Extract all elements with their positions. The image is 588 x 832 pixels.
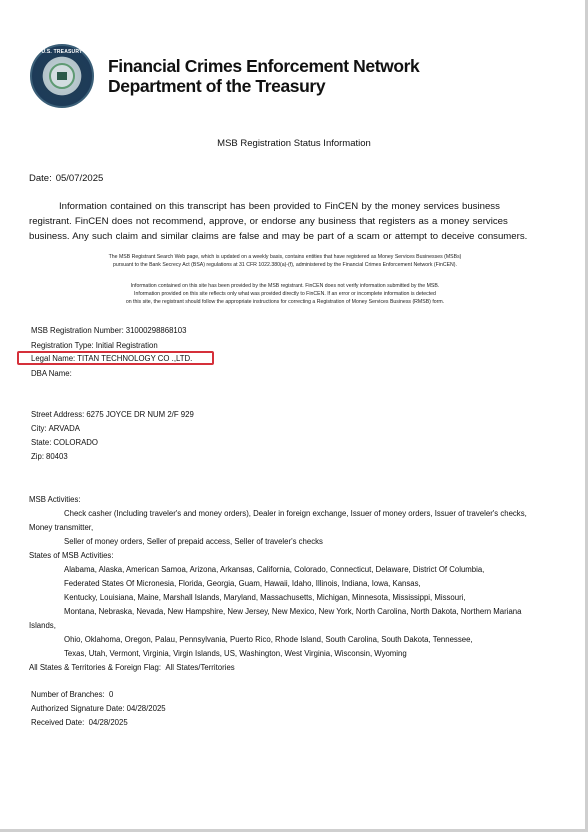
registration-number-label: MSB Registration Number:	[31, 326, 124, 335]
branches-label: Number of Branches:	[31, 690, 105, 699]
legal-name-label: Legal Name:	[31, 354, 75, 363]
states-line6: Ohio, Oklahoma, Oregon, Palau, Pennsylva…	[64, 635, 473, 645]
city: City:ARVADA	[31, 424, 80, 434]
street-address: Street Address:6275 JOYCE DR NUM 2/F 929	[31, 410, 194, 420]
number-of-branches: Number of Branches: 0	[31, 690, 113, 700]
signature-date-value: 04/28/2025	[127, 704, 166, 713]
legal-name: Legal Name:TITAN TECHNOLOGY CO .,LTD.	[31, 354, 192, 364]
legal-name-value: TITAN TECHNOLOGY CO .,LTD.	[77, 354, 192, 363]
state-label: State:	[31, 438, 51, 447]
date-label: Date:	[29, 173, 52, 184]
notice2-line3: on this site, the registrant should foll…	[40, 298, 530, 306]
received-date: Received Date: 04/28/2025	[31, 718, 128, 728]
seal-pillars-icon	[57, 72, 67, 80]
states-line4: Montana, Nebraska, Nevada, New Hampshire…	[64, 607, 521, 617]
zip: Zip:80403	[31, 452, 68, 462]
notice2-line1: Information contained on this site has b…	[40, 282, 530, 290]
branches-value: 0	[109, 690, 113, 699]
seal-top-text: U.S. TREASURY	[32, 49, 92, 55]
received-date-value: 04/28/2025	[89, 718, 128, 727]
disclaimer-paragraph: Information contained on this transcript…	[29, 199, 539, 244]
date-value: 05/07/2025	[56, 173, 104, 184]
registration-type: Registration Type:Initial Registration	[31, 341, 158, 351]
document-title: MSB Registration Status Information	[0, 138, 588, 149]
seal-eagle-icon	[49, 63, 75, 89]
msb-activities-line2: Money transmitter,	[29, 523, 93, 533]
state-value: COLORADO	[53, 438, 98, 447]
notice2-line2: Information provided on this site reflec…	[40, 290, 530, 298]
org-name: Financial Crimes Enforcement Network	[108, 56, 419, 76]
states-line2: Federated States Of Micronesia, Florida,…	[64, 579, 421, 589]
signature-date-label: Authorized Signature Date:	[31, 704, 125, 713]
street-address-label: Street Address:	[31, 410, 84, 419]
states-line3: Kentucky, Louisiana, Maine, Marshall Isl…	[64, 593, 466, 603]
treasury-seal-icon: U.S. TREASURY	[30, 44, 94, 108]
msb-activities-line1: Check casher (Including traveler's and m…	[64, 509, 527, 519]
verification-notice: Information contained on this site has b…	[40, 282, 530, 306]
registration-number-value: 31000298868103	[126, 326, 187, 335]
dba-name-label: DBA Name:	[31, 369, 72, 378]
all-states-flag-label: All States & Territories & Foreign Flag:	[29, 663, 161, 672]
msb-activities-line3: Seller of money orders, Seller of prepai…	[64, 537, 323, 547]
all-states-flag: All States & Territories & Foreign Flag:…	[29, 663, 235, 673]
document-date: Date:05/07/2025	[29, 173, 103, 184]
state: State:COLORADO	[31, 438, 98, 448]
zip-value: 80403	[46, 452, 68, 461]
department-name: Department of the Treasury	[108, 76, 419, 96]
city-label: City:	[31, 424, 47, 433]
states-label: States of MSB Activities:	[29, 551, 114, 561]
city-value: ARVADA	[49, 424, 80, 433]
letterhead-titles: Financial Crimes Enforcement Network Dep…	[108, 56, 419, 96]
registration-type-value: Initial Registration	[96, 341, 158, 350]
states-line5: Islands,	[29, 621, 56, 631]
msb-activities-label: MSB Activities:	[29, 495, 81, 505]
authorized-signature-date: Authorized Signature Date:04/28/2025	[31, 704, 166, 714]
states-line1: Alabama, Alaska, American Samoa, Arizona…	[64, 565, 484, 575]
zip-label: Zip:	[31, 452, 44, 461]
all-states-flag-value: All States/Territories	[165, 663, 234, 672]
registration-number: MSB Registration Number:31000298868103	[31, 326, 186, 336]
registration-type-label: Registration Type:	[31, 341, 94, 350]
letterhead: U.S. TREASURY Financial Crimes Enforceme…	[30, 38, 419, 114]
notice1-line2: pursuant to the Bank Secrecy Act (BSA) r…	[30, 261, 540, 269]
registrant-search-notice: The MSB Registrant Search Web page, whic…	[30, 253, 540, 269]
dba-name: DBA Name:	[31, 369, 74, 379]
street-address-value: 6275 JOYCE DR NUM 2/F 929	[86, 410, 193, 419]
received-date-label: Received Date:	[31, 718, 84, 727]
states-line7: Texas, Utah, Vermont, Virginia, Virgin I…	[64, 649, 407, 659]
notice1-line1: The MSB Registrant Search Web page, whic…	[30, 253, 540, 261]
